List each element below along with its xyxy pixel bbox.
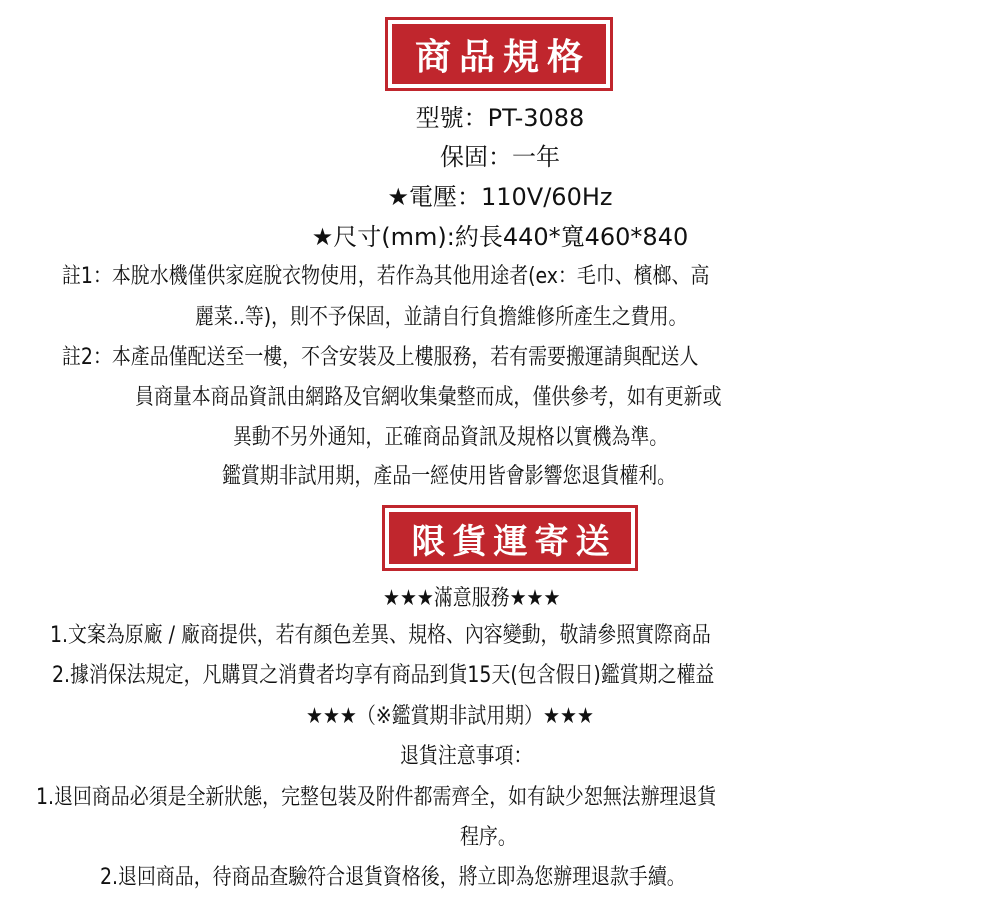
warranty: 保固：一年	[0, 142, 1000, 172]
shipping-banner-title: 限貨運寄送	[389, 512, 631, 564]
return-item-2: 2.退回商品，待商品查驗符合退貨資格後，將立即為您辦理退款手續。	[100, 863, 686, 893]
note2-line2: 員商量本商品資訊由網路及官網收集彙整而成，僅供參考，如有更新或	[135, 383, 722, 413]
note2-line3: 異動不另外通知，正確商品資訊及規格以實機為準。	[233, 423, 668, 453]
specs-banner-title: 商品規格	[392, 24, 606, 84]
return-item-1-line1: 1.退回商品必須是全新狀態，完整包裝及附件都需齊全，如有缺少恕無法辦理退貨	[36, 783, 716, 813]
shipping-banner: 限貨運寄送	[382, 505, 638, 571]
dimensions: ★尺寸(mm):約長440*寬460*840	[0, 222, 1000, 252]
service-heading: ★★★滿意服務★★★	[383, 584, 560, 614]
product-spec-document: 商品規格 型號：PT-3088 保固：一年 ★電壓：110V/60Hz ★尺寸(…	[0, 0, 1000, 920]
voltage: ★電壓：110V/60Hz	[0, 182, 1000, 212]
model-number: 型號：PT-3088	[0, 103, 1000, 133]
return-item-1-line2: 程序。	[460, 823, 517, 853]
service-item-2: 2.據消保法規定，凡購買之消費者均享有商品到貨15天(包含假日)鑑賞期之權益	[52, 661, 714, 691]
note2-line4: 鑑賞期非試用期，產品一經使用皆會影響您退貨權利。	[222, 462, 676, 492]
service-item-1: 1.文案為原廠 / 廠商提供，若有顏色差異、規格、內容變動，敬請參照實際商品	[50, 621, 711, 651]
note1-line2: 麗菜..等)，則不予保固，並請自行負擔維修所產生之費用。	[195, 303, 687, 333]
specs-banner: 商品規格	[385, 17, 613, 91]
return-notice-heading: 退貨注意事項：	[400, 742, 532, 772]
note2-line1: 註2：本產品僅配送至一樓，不含安裝及上樓服務，若有需要搬運請與配送人	[62, 343, 698, 373]
appreciation-period-reminder: ★★★（※鑑賞期非試用期）★★★	[306, 702, 594, 732]
note1-line1: 註1：本脫水機僅供家庭脫衣物使用，若作為其他用途者(ex：毛巾、檳榔、高	[62, 262, 709, 292]
